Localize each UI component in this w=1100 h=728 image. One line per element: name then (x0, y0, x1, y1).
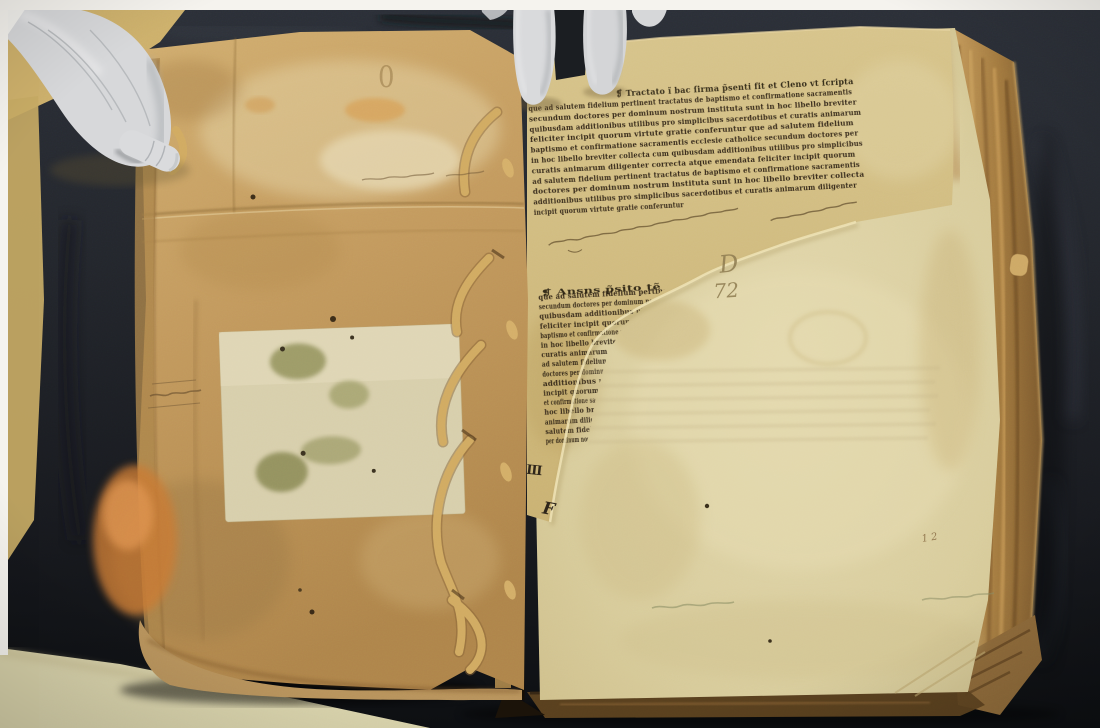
vignette (0, 0, 1100, 728)
photo-canvas: ❡ Tractato ĩ bac ſirma p̃senti fit et Cl… (0, 0, 1100, 728)
photo-medieval-book: ❡ Tractato ĩ bac ſirma p̃senti fit et Cl… (0, 0, 1100, 728)
